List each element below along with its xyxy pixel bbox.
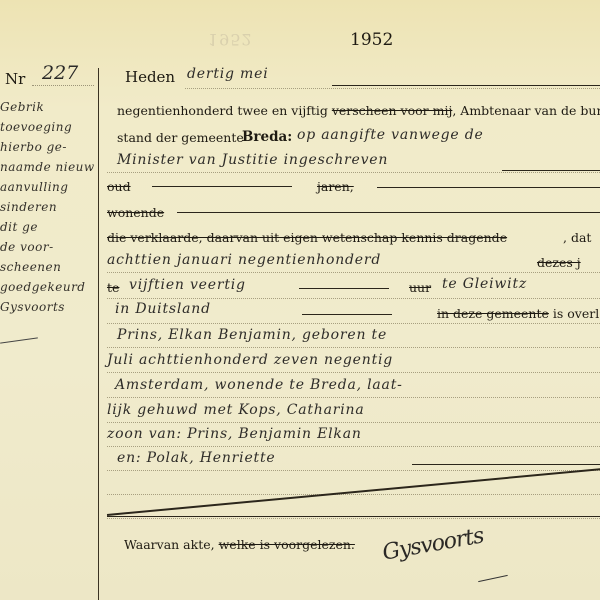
printed-breda: Breda: — [242, 129, 292, 145]
cancel-stroke — [107, 468, 600, 516]
margin-line: aanvulling — [0, 180, 95, 200]
margin-line: de voor- — [0, 240, 95, 260]
margin-annotation: Gebrik toevoeging hierbo ge- naamde nieu… — [0, 100, 95, 320]
registrar-signature: Gysvoorts — [381, 523, 486, 565]
dotted-guide — [107, 172, 600, 173]
dotted-guide — [107, 446, 600, 447]
fill-line — [377, 187, 600, 188]
handwritten-time: vijftien veertig — [129, 277, 246, 293]
line-spouse: lijk gehuwd met Kops, Catharina — [107, 400, 600, 424]
handwritten-date: dertig mei — [187, 66, 269, 82]
dotted-guide — [107, 470, 600, 471]
margin-line: toevoeging — [0, 120, 95, 140]
closing-statement: Waarvan akte, welke is voorgelezen. — [124, 537, 355, 552]
line-date-of-death: achttien januari negentienhonderd dezes … — [107, 250, 600, 274]
handwritten-place: te Gleiwitz — [442, 276, 527, 292]
printed-text: negentienhonderd twee en vijftig versche… — [117, 103, 600, 118]
civil-registry-death-record: 1952 1952 Nr 227 Gebrik toevoeging hierb… — [0, 0, 600, 600]
line-residence: Amsterdam, wonende te Breda, laat- — [107, 375, 600, 399]
line-time-place: te vijftien veertig uur te Gleiwitz — [107, 276, 600, 300]
handwritten-spouse: lijk gehuwd met Kops, Catharina — [107, 402, 364, 418]
handwritten-declarant: op aangifte vanwege de — [297, 127, 484, 143]
record-number-dotline — [32, 85, 94, 86]
line-wonende: wonende — [107, 203, 600, 227]
fill-line — [332, 85, 600, 86]
struck-uur: uur — [409, 280, 431, 295]
fill-line — [412, 464, 600, 465]
printed-heden: Heden — [125, 68, 175, 86]
dotted-guide — [107, 272, 600, 273]
fill-line — [177, 212, 600, 213]
handwritten-residence: Amsterdam, wonende te Breda, laat- — [115, 377, 403, 393]
line-deceased-name: Prins, Elkan Benjamin, geboren te — [107, 325, 600, 349]
line-year-words: negentienhonderd twee en vijftig versche… — [107, 100, 600, 124]
margin-flourish — [0, 337, 38, 343]
line-country: in Duitsland in deze gemeente is overl — [107, 301, 600, 325]
fill-line — [299, 288, 389, 289]
margin-divider — [98, 68, 99, 600]
handwritten-mother: en: Polak, Henriette — [117, 450, 275, 466]
signature-flourish — [478, 575, 508, 583]
record-number-label: Nr — [5, 70, 25, 88]
line-mother: en: Polak, Henriette — [107, 448, 600, 472]
struck-voorgelezen: welke is voorgelezen. — [219, 537, 355, 552]
handwritten-deceased: Prins, Elkan Benjamin, geboren te — [117, 327, 387, 343]
printed-dat: , dat — [563, 230, 591, 245]
line-father: zoon van: Prins, Benjamin Elkan — [107, 424, 600, 448]
margin-line: scheenen — [0, 260, 95, 280]
struck-wonende: wonende — [107, 205, 164, 220]
dotted-guide — [107, 397, 600, 398]
line-minister: Minister van Justitie ingeschreven — [107, 150, 600, 174]
printed-stand: stand der gemeente — [117, 130, 244, 145]
handwritten-birth-date: Juli achttienhonderd zeven negentig — [107, 352, 393, 368]
line-birth-date: Juli achttienhonderd zeven negentig — [107, 350, 600, 374]
dotted-guide — [107, 518, 600, 519]
margin-line: sinderen — [0, 200, 95, 220]
handwritten-father: zoon van: Prins, Benjamin Elkan — [107, 426, 362, 442]
handwritten-minister: Minister van Justitie ingeschreven — [117, 152, 388, 168]
struck-jaren: jaren, — [317, 179, 354, 194]
record-number-value: 227 — [42, 62, 78, 84]
margin-line: Gebrik — [0, 100, 95, 120]
dotted-guide — [107, 347, 600, 348]
struck-verklaarde: die verklaarde, daarvan uit eigen wetens… — [107, 230, 507, 245]
dotted-guide — [107, 372, 600, 373]
margin-line: goedgekeurd — [0, 280, 95, 300]
dotted-guide — [107, 323, 600, 324]
margin-line: Gysvoorts — [0, 300, 95, 320]
fill-line — [502, 170, 600, 171]
line-oud: oud jaren, — [107, 177, 600, 201]
dotted-guide — [107, 422, 600, 423]
margin-line: hierbo ge- — [0, 140, 95, 160]
fill-line — [152, 186, 292, 187]
line-verklaarde: die verklaarde, daarvan uit eigen wetens… — [107, 228, 600, 252]
dotted-guide — [107, 494, 600, 495]
handwritten-country: in Duitsland — [115, 301, 211, 317]
margin-line: dit ge — [0, 220, 95, 240]
printed-text: in deze gemeente is overl — [437, 306, 599, 321]
bleed-through-year: 1952 — [208, 30, 253, 49]
line-heden: Heden dertig mei — [107, 66, 600, 90]
struck-te: te — [107, 280, 119, 295]
printed-overleden: is overl — [553, 306, 599, 321]
struck-dezes: dezes j — [537, 255, 581, 270]
dotted-guide — [107, 298, 600, 299]
printed-waarvan-akte: Waarvan akte, — [124, 537, 215, 552]
printed-year-words: negentienhonderd twee en vijftig — [117, 103, 328, 118]
fill-line — [302, 314, 392, 315]
record-year: 1952 — [350, 30, 393, 50]
margin-line: naamde nieuw — [0, 160, 95, 180]
struck-oud: oud — [107, 179, 131, 194]
handwritten-death-date: achttien januari negentienhonderd — [107, 252, 381, 268]
printed-officer: , Ambtenaar van de burger- — [452, 103, 600, 118]
fill-line — [107, 516, 600, 517]
dotted-guide — [185, 88, 600, 89]
struck-text: verscheen voor mij — [332, 103, 453, 118]
struck-in-deze-gemeente: in deze gemeente — [437, 306, 549, 321]
line-gemeente: stand der gemeente Breda: op aangifte va… — [107, 125, 600, 149]
